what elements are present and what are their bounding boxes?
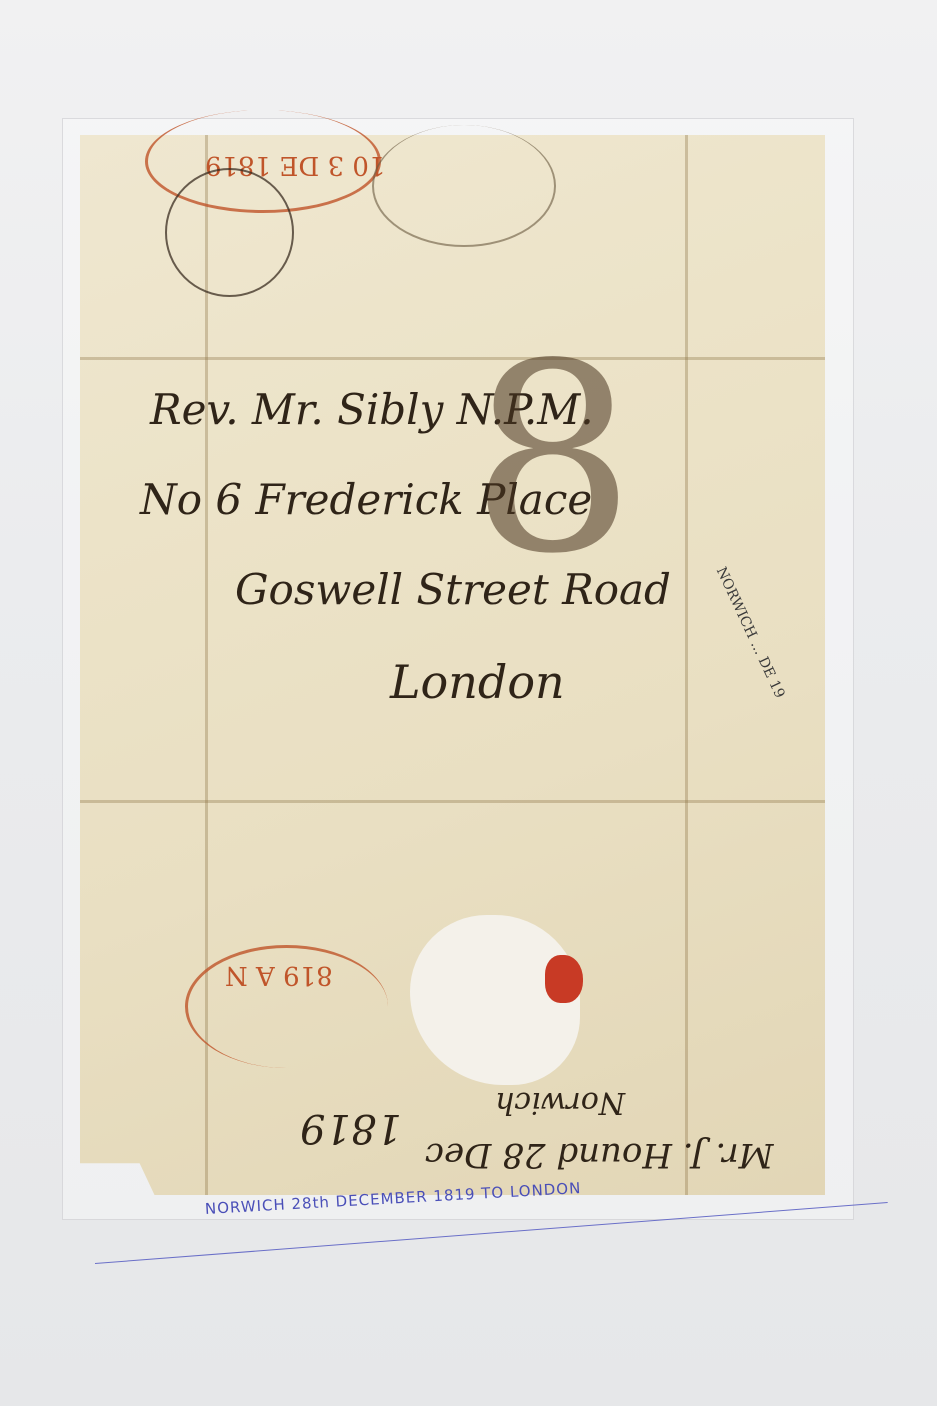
fold-line <box>685 135 688 1195</box>
fold-line <box>80 357 825 360</box>
address-line-4: London <box>390 655 565 709</box>
red-arc-stamp-text: 819 A N <box>225 960 333 990</box>
docket-line-3: 1819 <box>300 1105 402 1151</box>
docket-line-2: Norwich <box>495 1085 625 1120</box>
docket-line-1: Mr. J. Hound 28 Dec <box>425 1135 774 1175</box>
red-wax-seal <box>545 955 583 1003</box>
fold-line <box>80 800 825 803</box>
postage-charge-mark: 8 <box>470 330 635 590</box>
seal-cut-top <box>372 125 556 247</box>
black-circular-stamp-top <box>165 168 294 297</box>
